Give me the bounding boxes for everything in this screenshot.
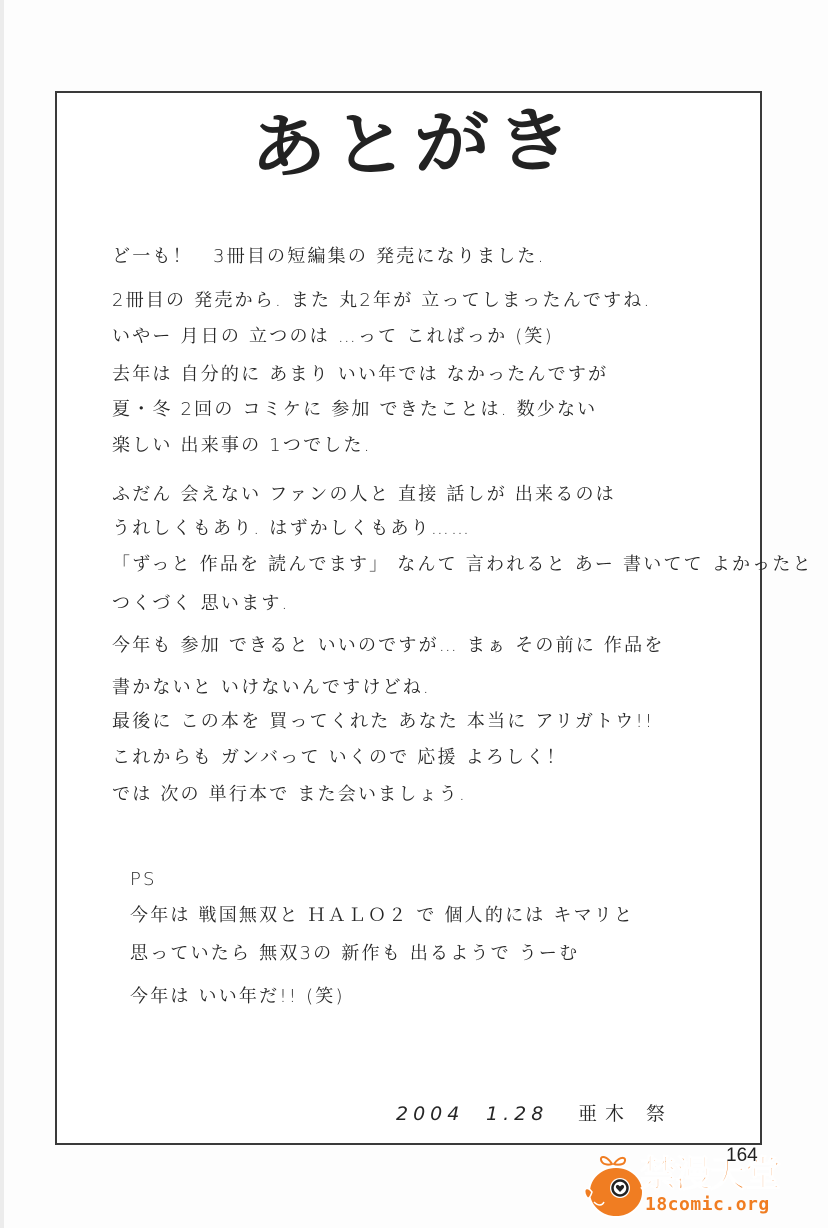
text-line: 今年も 参加 できると いいのですが… まぁ その前に 作品を xyxy=(112,634,665,658)
text-line: ど一も！ 3冊目の短編集の 発売になりました. xyxy=(112,245,546,269)
text-line: つくづく 思います. xyxy=(112,592,289,616)
site-watermark: 禁漫天堂 18comic.org xyxy=(582,1152,792,1220)
watermark-title: 禁漫天堂 xyxy=(640,1156,780,1194)
text-line: ふだん 会えない ファンの人と 直接 話しが 出来るのは xyxy=(112,483,616,507)
signature-year: 2004 xyxy=(396,1102,464,1126)
text-line: 書かないと いけないんですけどね. xyxy=(112,676,431,700)
watermark-url: 18comic.org xyxy=(645,1195,770,1215)
text-line: 思っていたら 無双3の 新作も 出るようで うーむ xyxy=(130,942,579,966)
text-line: では 次の 単行本で また会いましょう. xyxy=(112,783,467,807)
text-line: うれしくもあり. はずかしくもあり…… xyxy=(112,517,471,541)
signature-author: 亜木 祭 xyxy=(578,1102,673,1126)
text-line: これからも ガンバって いくので 応援 よろしく！ xyxy=(112,746,567,770)
text-line: 最後に この本を 買ってくれた あなた 本当に アリガトウ!! xyxy=(112,710,654,734)
text-line: 「ずっと 作品を 読んでます」 なんて 言われると あー 書いてて よかったと xyxy=(112,553,813,577)
text-line: 楽しい 出来事の 1つでした. xyxy=(112,434,372,458)
text-line: 今年は いい年だ!! (笑) xyxy=(130,985,345,1009)
text-line: いやー 月日の 立つのは …って こればっか (笑) xyxy=(112,325,554,349)
text-line: 去年は 自分的に あまり いい年では なかったんですが xyxy=(112,363,608,387)
text-line: 2冊目の 発売から. また 丸2年が 立ってしまったんですね. xyxy=(112,289,651,313)
signature-date: 1.28 xyxy=(486,1102,548,1126)
ps-label: PS xyxy=(130,868,157,892)
page-number: 164 xyxy=(726,1146,758,1166)
whale-mascot-icon xyxy=(582,1152,646,1220)
text-line: 今年は 戦国無双と ＨＡＬＯ２ で 個人的には キマリと xyxy=(130,904,634,928)
text-line: 夏・冬 2回の コミケに 参加 できたことは. 数少ない xyxy=(112,398,597,422)
